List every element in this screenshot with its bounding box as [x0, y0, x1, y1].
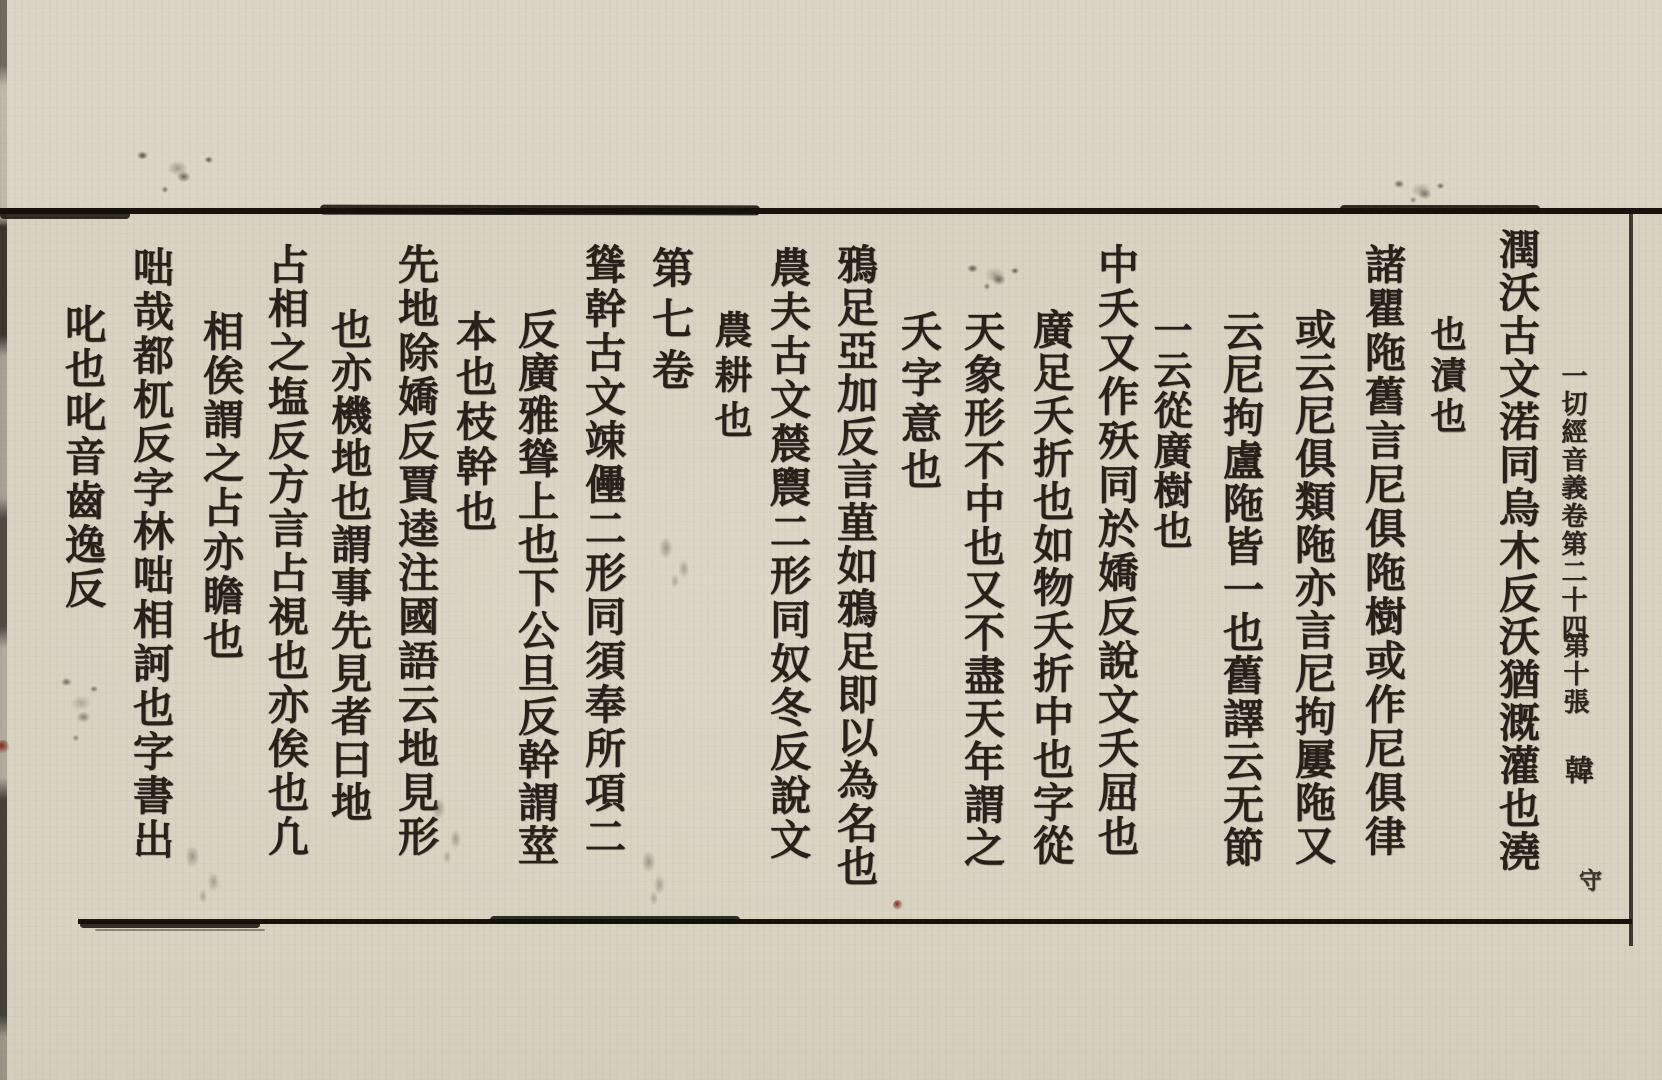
margin-volume-title: 一切經音義卷第二十四	[1550, 362, 1594, 642]
text-column: 一云從廣樹也	[1140, 310, 1200, 550]
text-column: 廣足夭折也如物夭折中也字從	[1020, 308, 1080, 867]
text-column: 也漬也	[1422, 315, 1470, 438]
text-column: 云尼拘盧陁皆一也舊譯云无節	[1210, 310, 1270, 869]
text-column: 也亦機地也謂事先見者曰地	[318, 308, 378, 824]
bottom-border-rule	[78, 919, 1632, 924]
red-fleck	[893, 900, 903, 910]
ink-streak	[55, 640, 107, 780]
faint-smudge	[168, 835, 238, 907]
top-rule-blotch	[320, 205, 760, 216]
section-heading: 第七卷	[640, 246, 700, 399]
text-column: 本也枝幹也	[443, 310, 503, 535]
red-fleck	[0, 740, 9, 754]
bottom-rule-blotch	[490, 916, 740, 924]
text-column: 占相之塩反方言占視也亦俟也凢	[255, 243, 315, 859]
text-column: 聳幹古文竦㒦二形同須奉所項二	[572, 243, 632, 859]
margin-carver-mark: 守	[1566, 868, 1610, 893]
text-column: 天象形不中也又不盡天年謂之	[951, 310, 1011, 869]
text-column: 先地除嬌反賈逵注國語云地見形	[385, 243, 445, 859]
text-column: 反廣雅聳上也下公旦反幹謂莖	[505, 308, 565, 867]
text-column: 咄哉都杌反字林咄相訶也字書出	[120, 246, 180, 862]
ink-stain	[955, 255, 1035, 300]
text-column: 中夭又作殀同於嬌反說文夭屈也	[1085, 243, 1145, 859]
text-column: 叱也叱音齒逸反	[52, 303, 112, 611]
right-border-rule	[1629, 212, 1633, 946]
text-column: 潤沃古文渃同烏木反沃猶溉灌也澆	[1486, 228, 1546, 873]
margin-sheet-number: 第十張	[1552, 632, 1596, 716]
margin-case-mark: 韓	[1556, 755, 1600, 786]
text-column: 夭字意也	[888, 310, 948, 494]
text-column: 或云尼俱類陁亦言尼拘屢陁又	[1282, 308, 1342, 867]
faint-smudge	[636, 842, 672, 908]
ink-stain	[1382, 172, 1460, 212]
top-rule-blotch	[0, 210, 130, 219]
bottom-rule-echo	[95, 929, 265, 931]
text-column: 農夫古文辳䢉二形同奴冬反說文	[757, 246, 817, 862]
bottom-rule-blotch	[80, 921, 260, 928]
faint-smudge	[645, 530, 705, 590]
manuscript-sheet: 一切經音義卷第二十四 第十張 韓 守 潤沃古文渃同烏木反沃猶溉灌也澆 也漬也 諸…	[0, 0, 1662, 1080]
left-sheet-edge	[0, 0, 7, 1080]
text-column: 鴉足亞加反言荲如鴉足即以為名也	[824, 243, 884, 888]
text-column: 諸瞿陁舊言尼俱陁樹或作尼俱律	[1352, 243, 1412, 859]
ink-stain	[115, 130, 240, 215]
text-column: 農耕也	[700, 310, 760, 445]
text-column: 相俟謂之占亦瞻也	[190, 310, 250, 662]
faint-smudge	[418, 782, 476, 870]
